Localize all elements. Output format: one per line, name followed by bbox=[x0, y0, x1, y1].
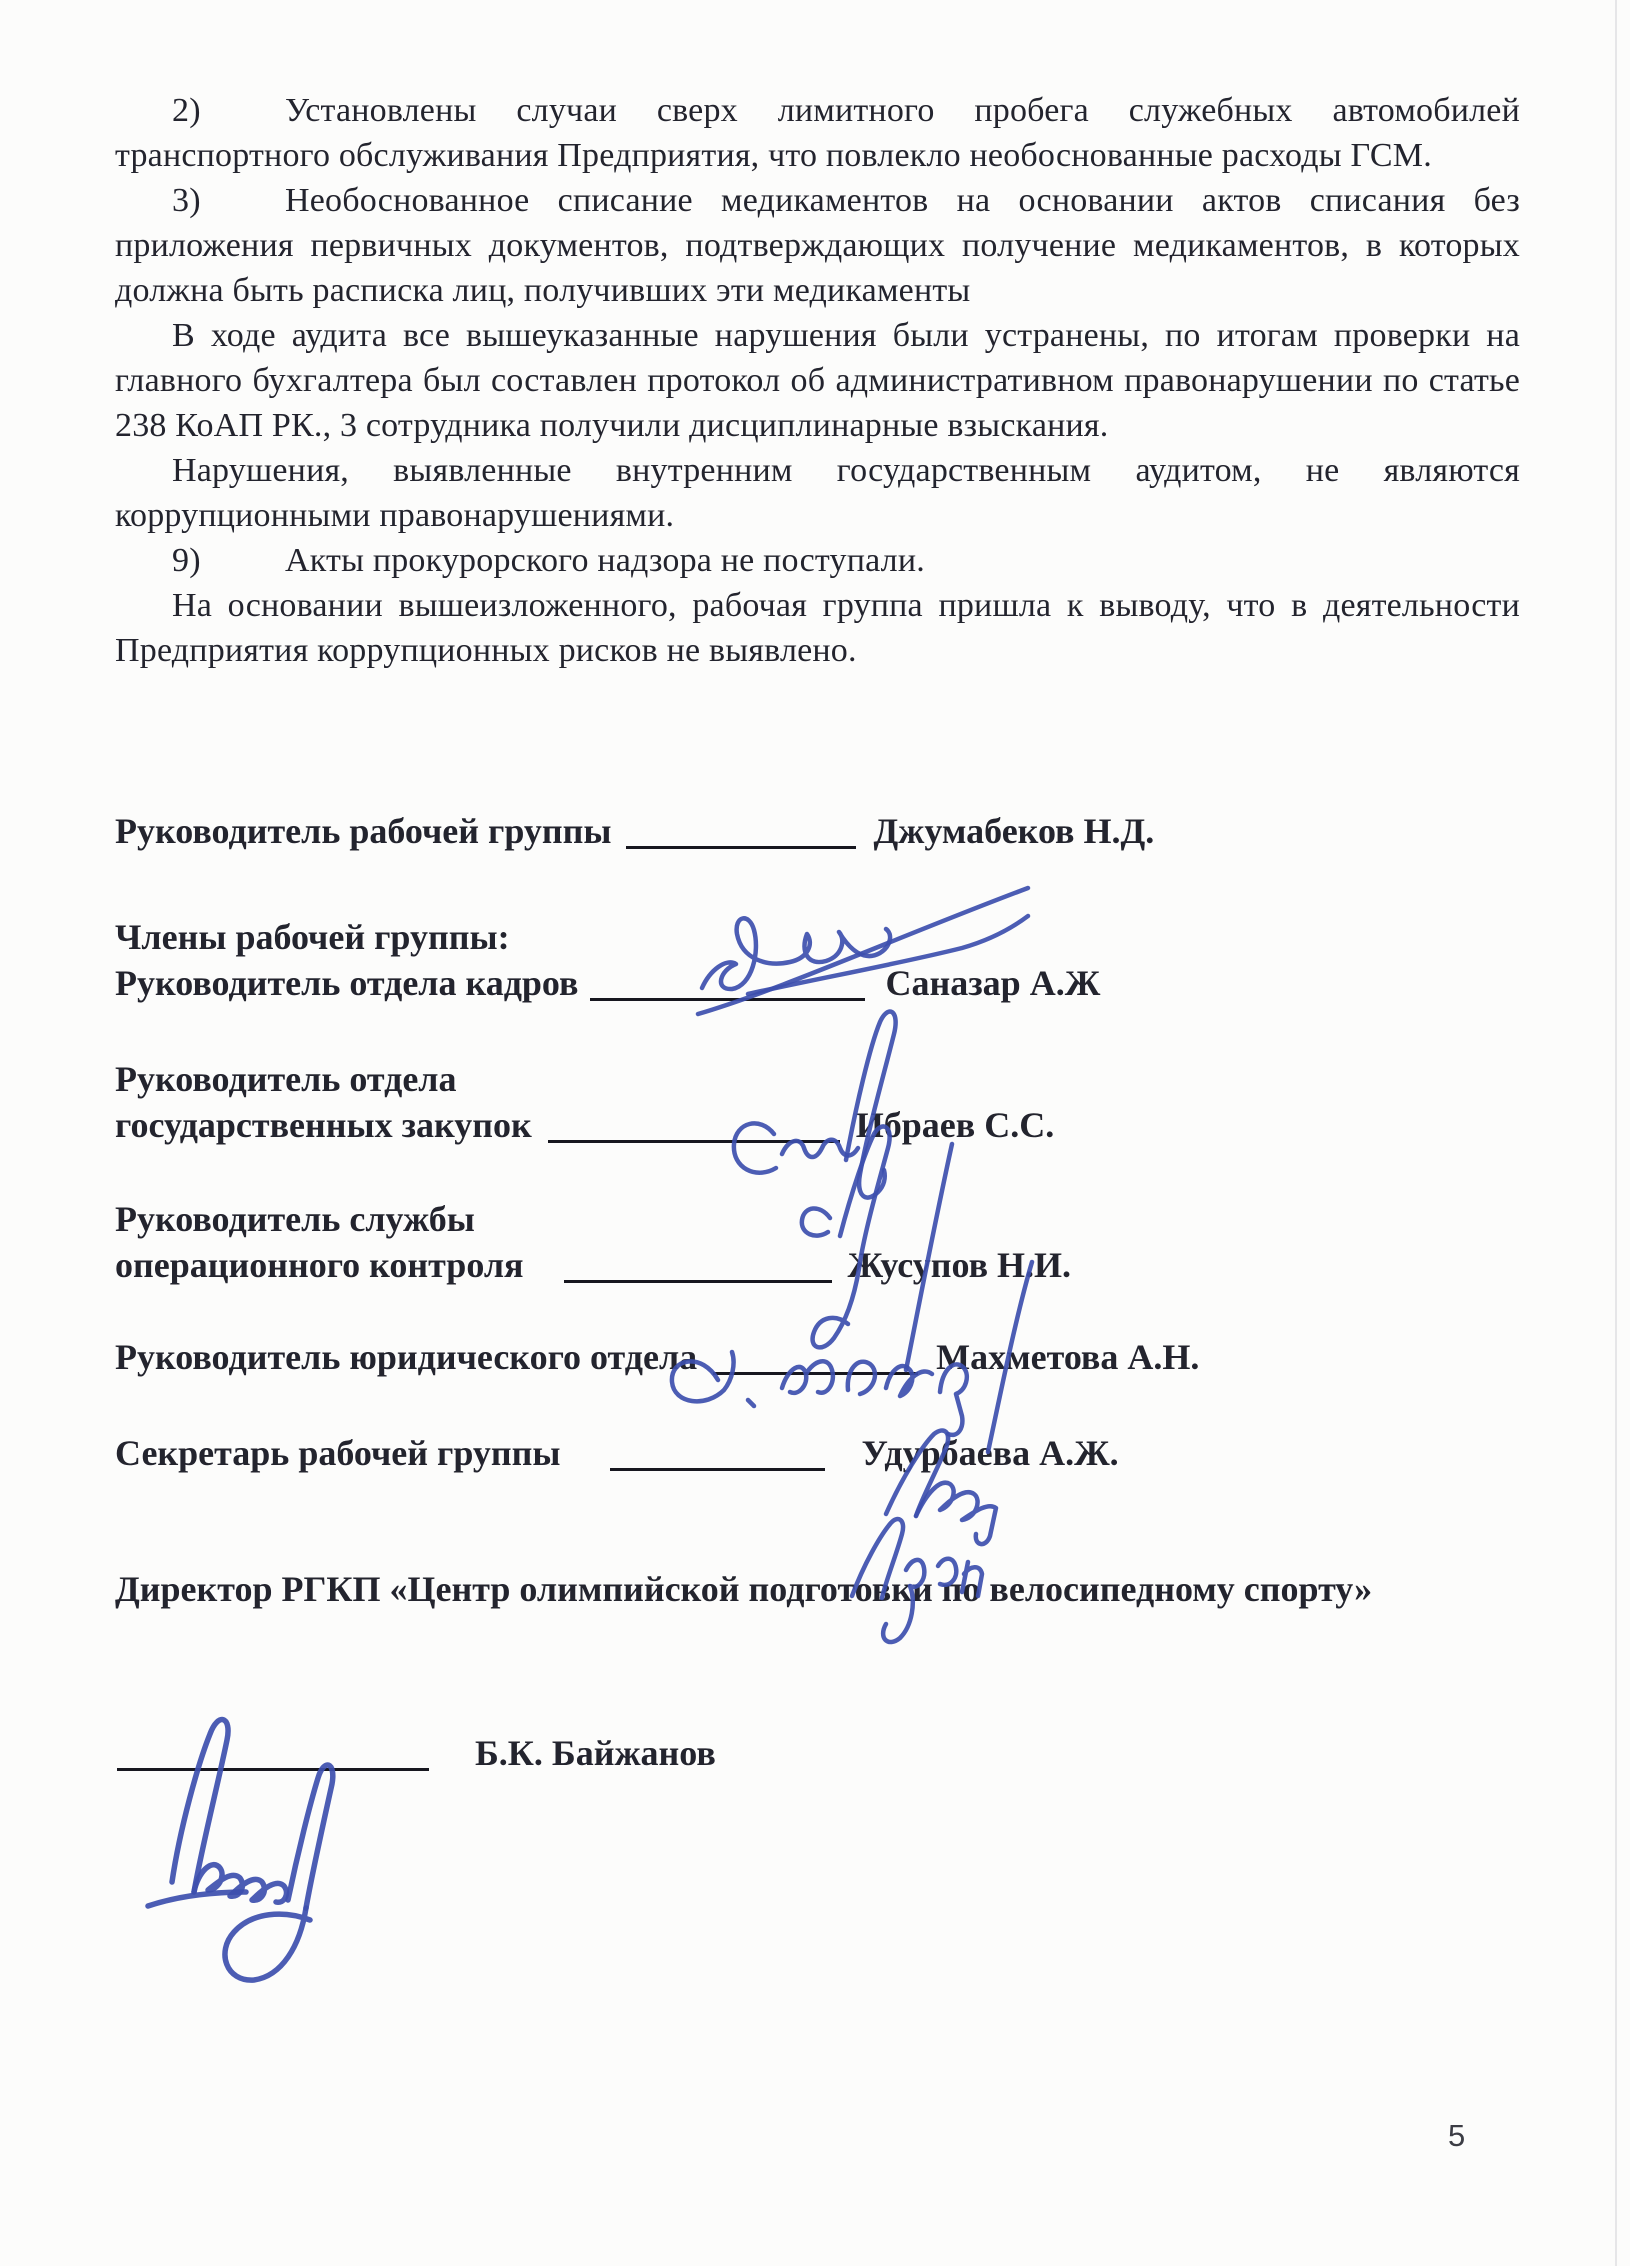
signatory-title-line1: Руководитель службы bbox=[115, 1196, 524, 1242]
document-content: 2)Установлены случаи сверх лимитного про… bbox=[115, 88, 1520, 1776]
paragraph: 2)Установлены случаи сверх лимитного про… bbox=[115, 88, 1520, 178]
signatory-title-line2: государственных закупок bbox=[115, 1102, 532, 1148]
signature-line bbox=[564, 1268, 832, 1283]
signature-row-hr-head: Руководитель отдела кадров Саназар А.Ж bbox=[115, 960, 1520, 1006]
signature-row-secretary: Секретарь рабочей группы Удурбаева А.Ж. bbox=[115, 1430, 1520, 1476]
signature-row-legal-head: Руководитель юридического отдела Махмето… bbox=[115, 1334, 1520, 1380]
paragraph: На основании вышеизложенного, рабочая гр… bbox=[115, 583, 1520, 673]
signatory-title: Руководитель отдела государственных заку… bbox=[115, 1056, 532, 1148]
scan-edge-artifact bbox=[1615, 0, 1617, 2266]
signatory-name: Удурбаева А.Ж. bbox=[861, 1430, 1118, 1476]
signature-line bbox=[626, 834, 856, 849]
paragraph: 9)Акты прокурорского надзора не поступал… bbox=[115, 538, 1520, 583]
paragraph: Нарушения, выявленные внутренним государ… bbox=[115, 448, 1520, 538]
signatory-title-line1: Руководитель отдела bbox=[115, 1056, 532, 1102]
paragraph-text: На основании вышеизложенного, рабочая гр… bbox=[115, 587, 1520, 669]
signature-line bbox=[713, 1360, 918, 1375]
signature-line bbox=[548, 1128, 840, 1143]
signatory-name: Махметова А.Н. bbox=[936, 1334, 1199, 1380]
signatory-title: Руководитель службы операционного контро… bbox=[115, 1196, 524, 1288]
paragraph-text: Необоснованное списание медикаментов на … bbox=[115, 182, 1520, 309]
signature-row-group-leader: Руководитель рабочей группы Джумабеков Н… bbox=[115, 808, 1520, 854]
signatory-title: Руководитель юридического отдела bbox=[115, 1334, 697, 1380]
signature-row-director: Б.К. Байжанов bbox=[115, 1730, 1520, 1776]
page-number: 5 bbox=[1448, 2118, 1465, 2154]
signatory-name: Саназар А.Ж bbox=[885, 960, 1100, 1006]
list-marker: 9) bbox=[172, 538, 285, 583]
signature-row-operations-control-head: Руководитель службы операционного контро… bbox=[115, 1196, 1520, 1288]
signature-line bbox=[610, 1456, 825, 1471]
paragraph-text: В ходе аудита все вышеуказанные нарушени… bbox=[115, 317, 1520, 444]
members-heading: Члены рабочей группы: bbox=[115, 914, 1520, 960]
signatory-title: Руководитель отдела кадров bbox=[115, 960, 578, 1006]
paragraph-text: Акты прокурорского надзора не поступали. bbox=[285, 542, 925, 579]
paragraph-text: Установлены случаи сверх лимитного пробе… bbox=[115, 92, 1520, 174]
signature-line bbox=[590, 986, 865, 1001]
signature-line bbox=[117, 1756, 429, 1771]
signatory-name: Жусупов Н.И. bbox=[848, 1242, 1072, 1288]
paragraph: В ходе аудита все вышеуказанные нарушени… bbox=[115, 313, 1520, 448]
signatory-name: Джумабеков Н.Д. bbox=[874, 808, 1155, 854]
paragraph-text: Нарушения, выявленные внутренним государ… bbox=[115, 452, 1520, 534]
body-text: 2)Установлены случаи сверх лимитного про… bbox=[115, 88, 1520, 673]
signatory-title: Руководитель рабочей группы bbox=[115, 808, 612, 854]
director-title: Директор РГКП «Центр олимпийской подгото… bbox=[115, 1566, 1520, 1612]
document-page: 2)Установлены случаи сверх лимитного про… bbox=[0, 0, 1630, 2266]
signatory-name: Б.К. Байжанов bbox=[475, 1730, 716, 1776]
signatory-name: Ибраев С.С. bbox=[856, 1102, 1054, 1148]
list-marker: 2) bbox=[172, 88, 285, 133]
list-marker: 3) bbox=[172, 178, 285, 223]
signature-row-procurement-head: Руководитель отдела государственных заку… bbox=[115, 1056, 1520, 1148]
paragraph: 3)Необоснованное списание медикаментов н… bbox=[115, 178, 1520, 313]
signatory-title-line2: операционного контроля bbox=[115, 1242, 524, 1288]
signatory-title: Секретарь рабочей группы bbox=[115, 1430, 560, 1476]
